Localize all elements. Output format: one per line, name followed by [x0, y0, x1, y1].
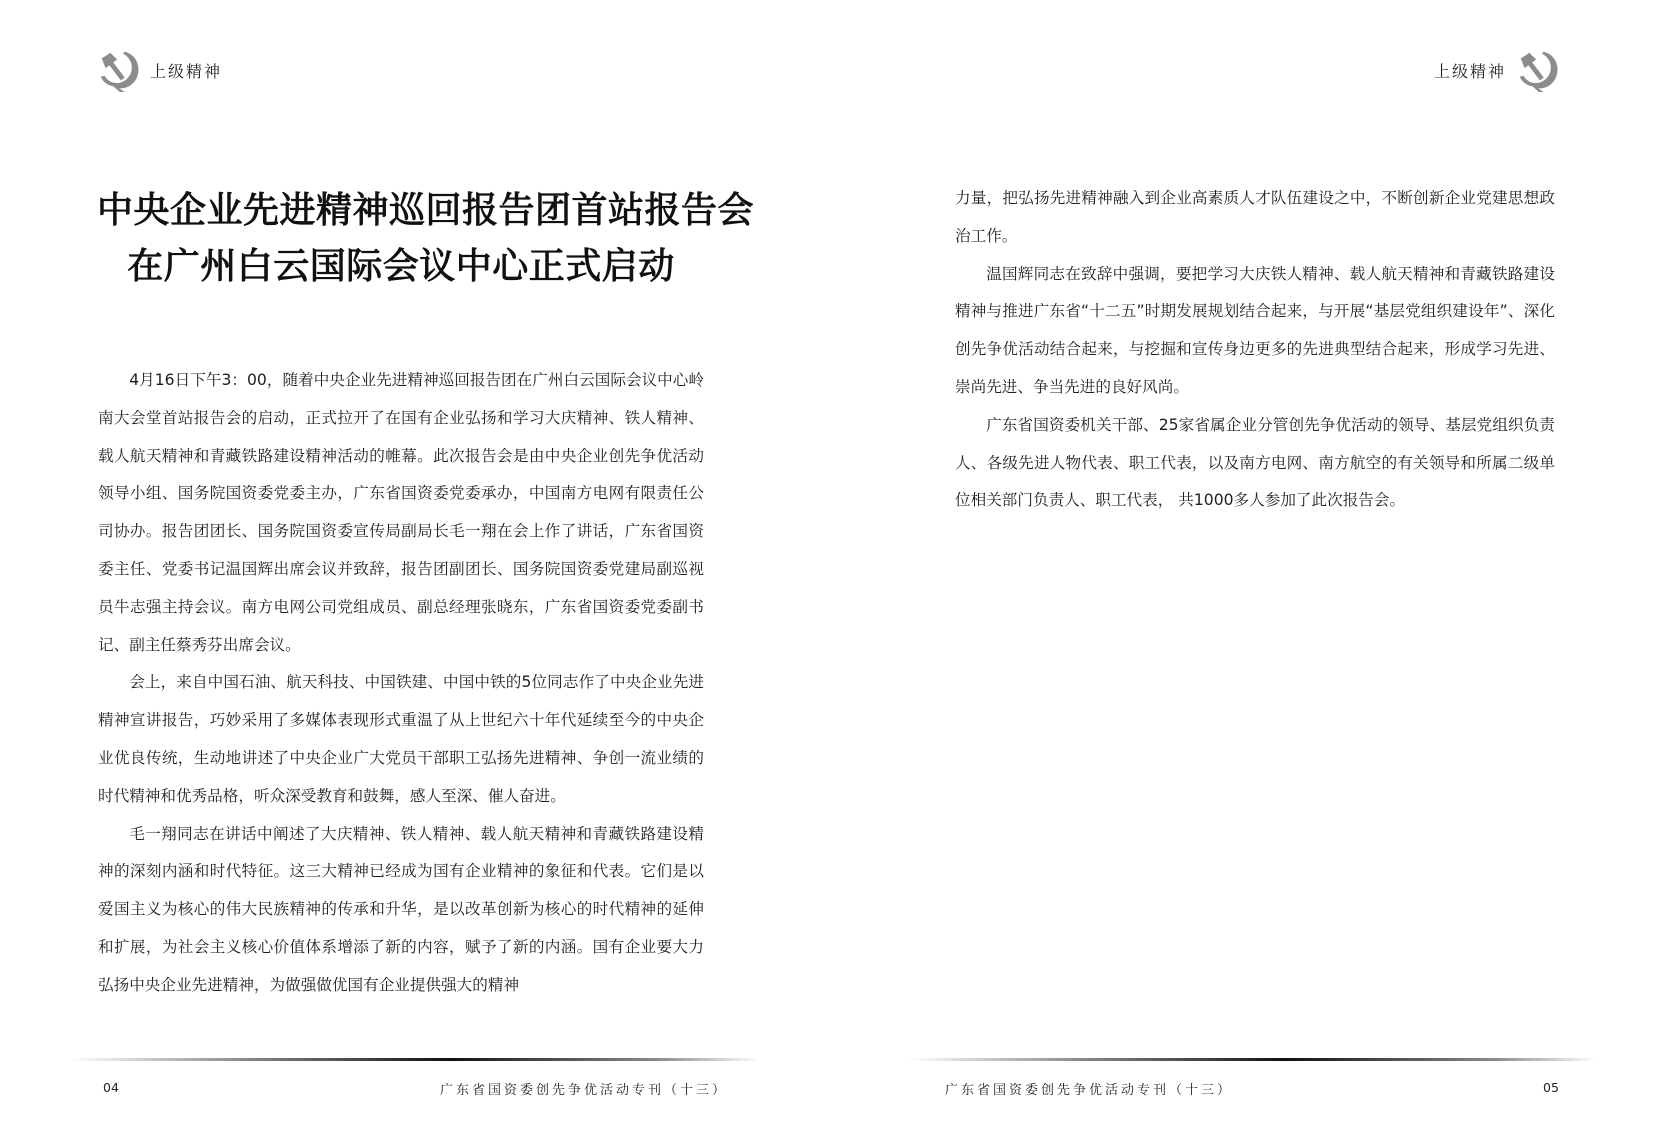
footer-divider: [907, 1058, 1597, 1061]
section-label: 上级精神: [1434, 59, 1506, 82]
hammer-sickle-icon: [96, 47, 142, 93]
publication-name: 广东省国资委创先争优活动专刊（十三）: [945, 1079, 1233, 1098]
right-body-text: 力量，把弘扬先进精神融入到企业高素质人才队伍建设之中，不断创新企业党建思想政治工…: [955, 180, 1555, 520]
section-label: 上级精神: [150, 59, 222, 82]
paragraph: 力量，把弘扬先进精神融入到企业高素质人才队伍建设之中，不断创新企业党建思想政治工…: [955, 180, 1555, 256]
paragraph: 广东省国资委机关干部、25家省属企业分管创先争优活动的领导、基层党组织负责人、各…: [955, 407, 1555, 520]
page-number: 04: [103, 1080, 119, 1095]
page-number: 05: [1543, 1080, 1559, 1095]
right-page: 上级精神 力量，把弘扬先进精神融入到企业高素质人才队伍建设之中，不断创新企业党建…: [827, 0, 1654, 1130]
hammer-sickle-icon: [1515, 47, 1561, 93]
title-line-2: 在广州白云国际会议中心正式启动: [97, 238, 705, 294]
publication-name: 广东省国资委创先争优活动专刊（十三）: [440, 1079, 728, 1098]
paragraph: 会上，来自中国石油、航天科技、中国铁建、中国中铁的5位同志作了中央企业先进精神宣…: [98, 664, 704, 815]
left-page: 上级精神 中央企业先进精神巡回报告团首站报告会 在广州白云国际会议中心正式启动 …: [0, 0, 827, 1130]
paragraph: 4月16日下午3：00，随着中央企业先进精神巡回报告团在广州白云国际会议中心岭南…: [98, 362, 704, 664]
title-line-1: 中央企业先进精神巡回报告团首站报告会: [97, 182, 705, 238]
left-body-text: 4月16日下午3：00，随着中央企业先进精神巡回报告团在广州白云国际会议中心岭南…: [98, 362, 704, 1005]
article-title: 中央企业先进精神巡回报告团首站报告会 在广州白云国际会议中心正式启动: [97, 182, 705, 294]
footer-divider: [70, 1058, 760, 1061]
paragraph: 毛一翔同志在讲话中阐述了大庆精神、铁人精神、载人航天精神和青藏铁路建设精神的深刻…: [98, 816, 704, 1005]
paragraph: 温国辉同志在致辞中强调，要把学习大庆铁人精神、载人航天精神和青藏铁路建设精神与推…: [955, 256, 1555, 407]
